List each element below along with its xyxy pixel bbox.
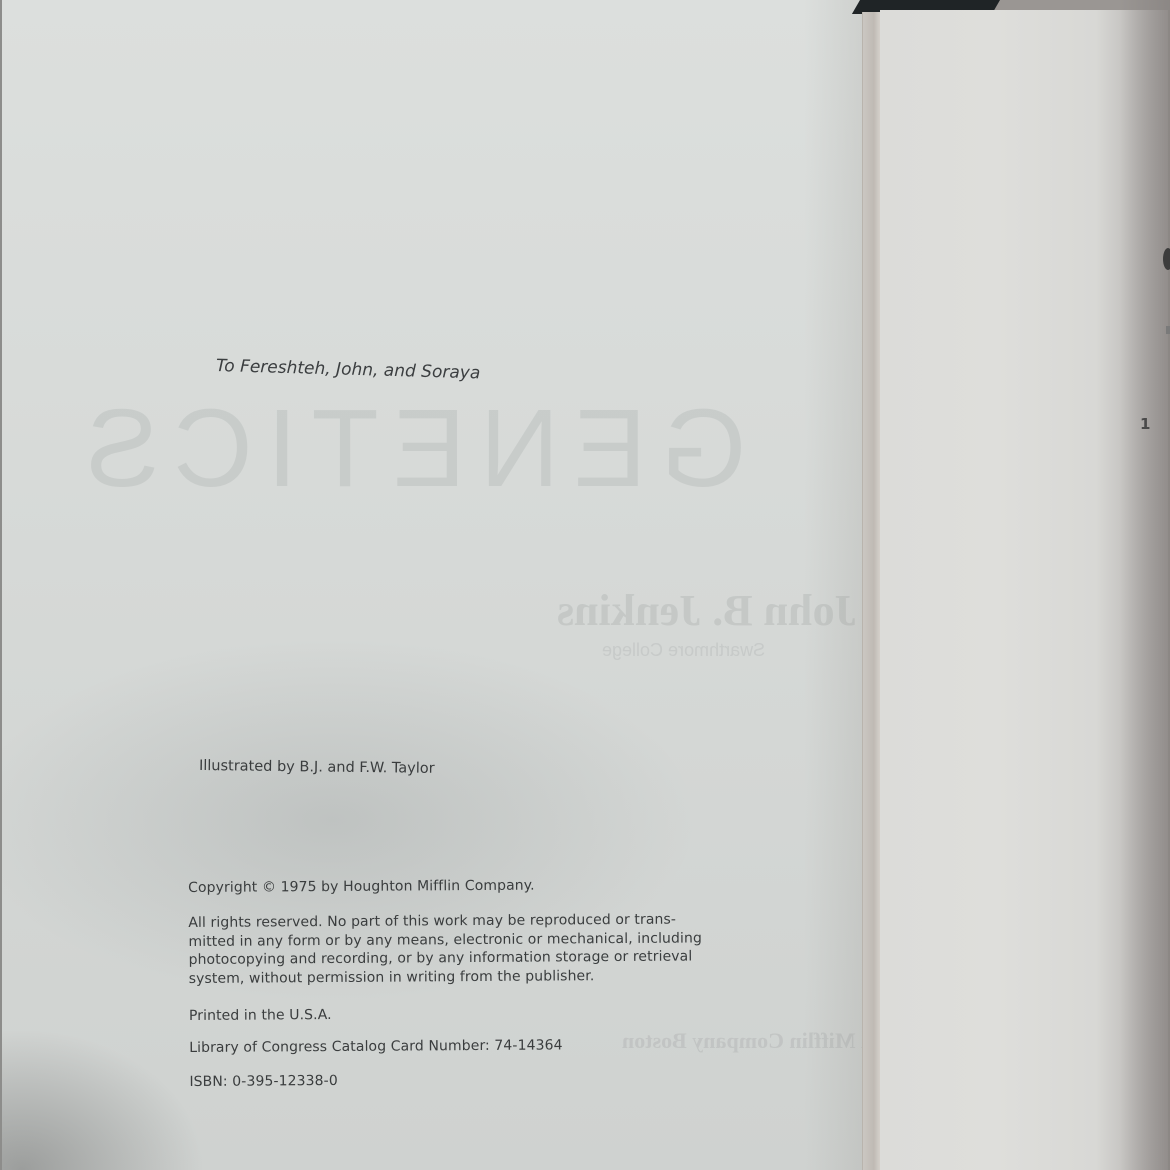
lccn: Library of Congress Catalog Card Number:…: [189, 1036, 703, 1056]
rights-line: photocopying and recording, or by any in…: [188, 947, 702, 969]
show-through-author: John B. Jenkins: [557, 585, 857, 636]
book-photo: GENETICS John B. Jenkins Swarthmore Coll…: [0, 0, 1170, 1170]
right-edge-shadow: [1120, 0, 1170, 1170]
rights-line: system, without permission in writing fr…: [189, 966, 703, 988]
isbn: ISBN: 0-395-12338-0: [189, 1070, 703, 1090]
show-through-title: GENETICS: [72, 385, 746, 512]
copyright-block: Copyright © 1975 by Houghton Mifflin Com…: [188, 876, 703, 1090]
dedication: To Fereshteh, John, and Soraya: [216, 356, 481, 383]
illustration-credit: Illustrated by B.J. and F.W. Taylor: [199, 758, 435, 777]
page-stack-edge: [862, 12, 881, 1170]
cropped-glyph: [1166, 326, 1170, 334]
page-number: 1: [1140, 415, 1150, 433]
show-through-affiliation: Swarthmore College: [602, 640, 765, 661]
left-page: GENETICS John B. Jenkins Swarthmore Coll…: [0, 0, 864, 1170]
printed-in: Printed in the U.S.A.: [189, 1004, 703, 1024]
copyright-notice: Copyright © 1975 by Houghton Mifflin Com…: [188, 876, 702, 896]
cropped-glyph: [1163, 248, 1170, 270]
